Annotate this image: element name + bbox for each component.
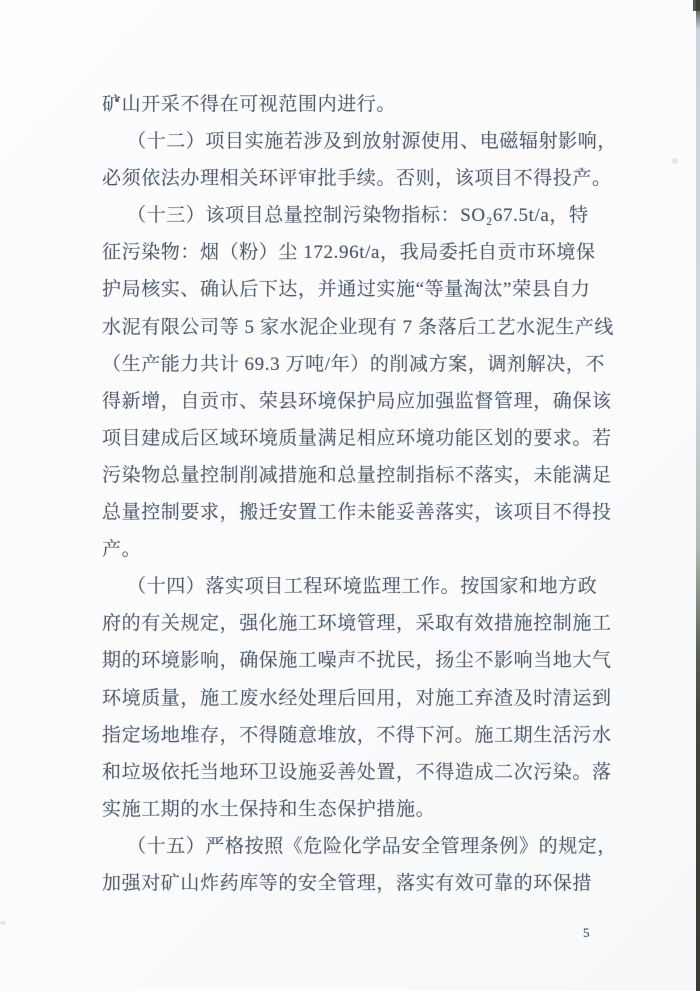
- scan-speck: [672, 158, 678, 164]
- scan-speck: [0, 921, 6, 925]
- text-line: 环境质量，施工废水经处理后回用，对施工弃渣及时清运到: [102, 680, 618, 717]
- text-line: 水泥有限公司等 5 家水泥企业现有 7 条落后工艺水泥生产线: [102, 309, 618, 346]
- text-line: （十二）项目实施若涉及到放射源使用、电磁辐射影响，: [102, 123, 618, 160]
- text-line: 实施工期的水土保持和生态保护措施。: [102, 791, 618, 828]
- text-line: 加强对矿山炸药库等的安全管理，落实有效可靠的环保措: [102, 865, 618, 902]
- text-line: 产。: [102, 531, 618, 568]
- text-line: 总量控制要求，搬迁安置工作未能妥善落实，该项目不得投: [102, 494, 618, 531]
- text-line: 府的有关规定，强化施工环境管理，采取有效措施控制施工: [102, 605, 618, 642]
- document-body: 矿山开采不得在可视范围内进行。（十二）项目实施若涉及到放射源使用、电磁辐射影响，…: [102, 86, 618, 902]
- text-line: 矿山开采不得在可视范围内进行。: [102, 86, 618, 123]
- text-line: 期的环境影响，确保施工噪声不扰民，扬尘不影响当地大气: [102, 642, 618, 679]
- page-number: 5: [583, 925, 590, 941]
- text-line: （十三）该项目总量控制污染物指标：SO₂67.5t/a，特: [102, 197, 618, 234]
- text-line: 征污染物：烟（粉）尘 172.96t/a，我局委托自贡市环境保: [102, 234, 618, 271]
- text-line: （十四）落实项目工程环境监理工作。按国家和地方政: [102, 568, 618, 605]
- text-line: 污染物总量控制削减措施和总量控制指标不落实，未能满足: [102, 457, 618, 494]
- text-line: 项目建成后区域环境质量满足相应环境功能区划的要求。若: [102, 420, 618, 457]
- text-line: （生产能力共计 69.3 万吨/年）的削减方案，调剂解决，不: [102, 346, 618, 383]
- text-line: （十五）严格按照《危险化学品安全管理条例》的规定，: [102, 828, 618, 865]
- scan-edge-artifact: [696, 0, 700, 991]
- scanned-document-page: 矿山开采不得在可视范围内进行。（十二）项目实施若涉及到放射源使用、电磁辐射影响，…: [0, 0, 700, 991]
- text-line: 必须依法办理相关环评审批手续。否则，该项目不得投产。: [102, 160, 618, 197]
- text-line: 护局核实、确认后下达，并通过实施“等量淘汰”荣县自力: [102, 271, 618, 308]
- text-line: 指定场地堆存，不得随意堆放，不得下河。施工期生活污水: [102, 717, 618, 754]
- scan-corner-artifact: [693, 0, 700, 11]
- text-line: 得新增，自贡市、荣县环境保护局应加强监督管理，确保该: [102, 383, 618, 420]
- text-line: 和垃圾依托当地环卫设施妥善处置，不得造成二次污染。落: [102, 754, 618, 791]
